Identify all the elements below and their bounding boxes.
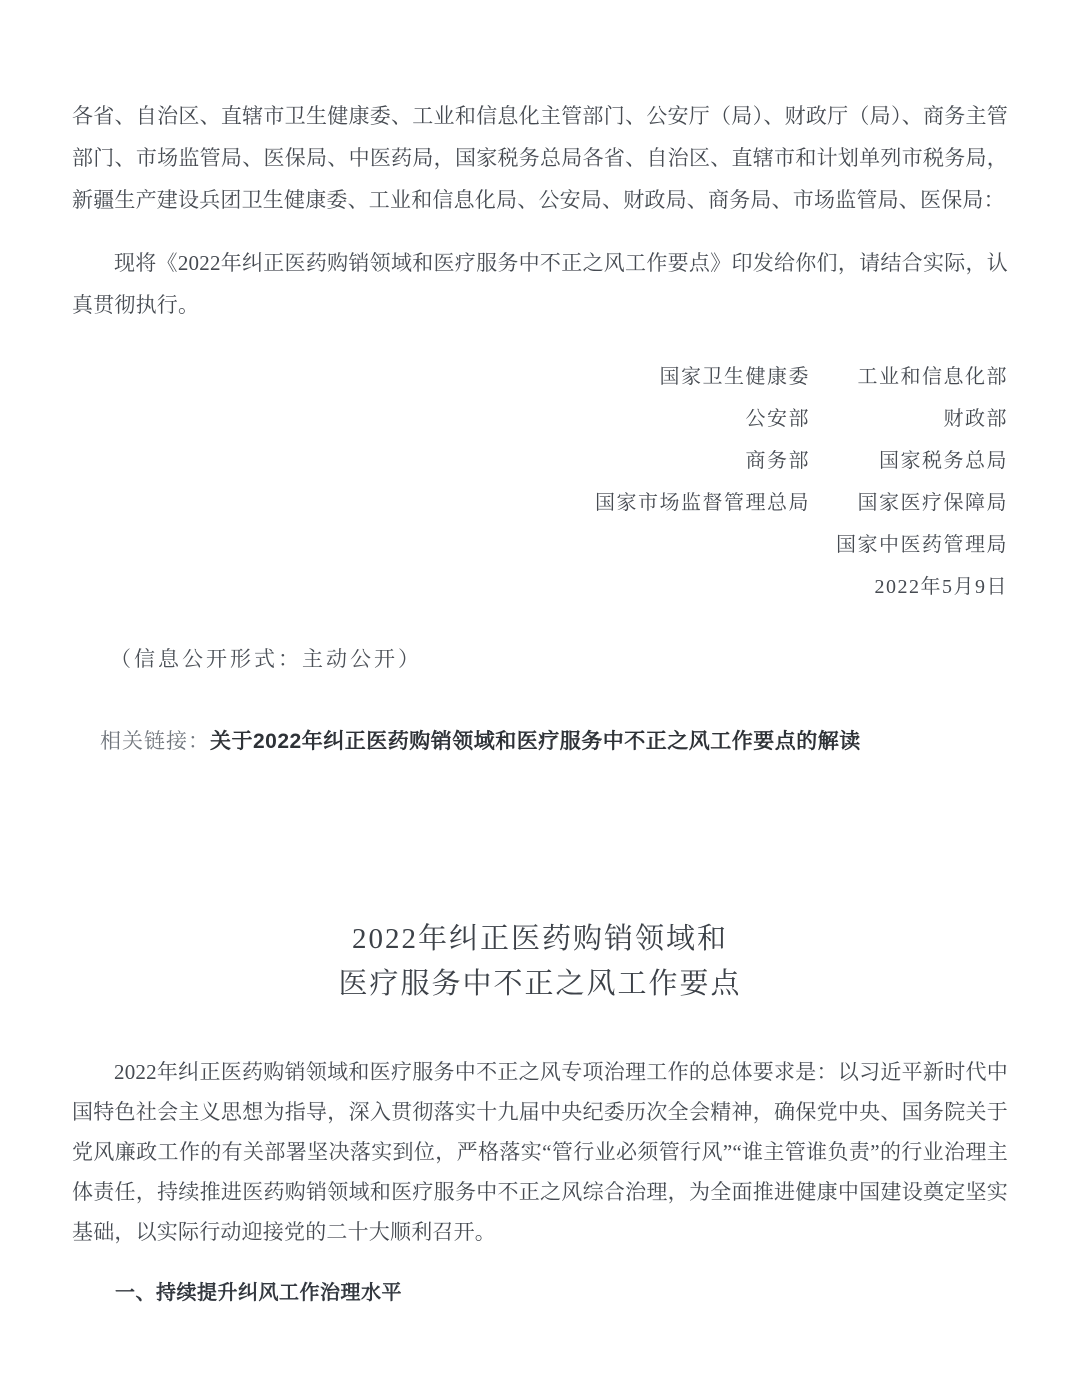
related-link-line: 相关链接：关于2022年纠正医药购销领域和医疗服务中不正之风工作要点的解读 bbox=[100, 720, 1008, 763]
signatory-left: 国家卫生健康委 bbox=[72, 356, 810, 398]
signatory-left bbox=[72, 566, 810, 608]
signature-row: 国家市场监督管理总局 国家医疗保障局 bbox=[72, 482, 1008, 524]
forwarding-paragraph: 现将《2022年纠正医药购销领域和医疗服务中不正之风工作要点》印发给你们，请结合… bbox=[72, 242, 1008, 326]
signatory-left: 国家市场监督管理总局 bbox=[72, 482, 810, 524]
document-title-line1: 2022年纠正医药购销领域和 bbox=[72, 917, 1008, 962]
document-page: 各省、自治区、直辖市卫生健康委、工业和信息化主管部门、公安厅（局）、财政厅（局）… bbox=[0, 95, 1080, 1313]
signatory-left: 公安部 bbox=[72, 398, 810, 440]
section-1-heading: 一、持续提升纠风工作治理水平 bbox=[72, 1273, 1008, 1313]
signature-row: 国家中医药管理局 bbox=[72, 524, 1008, 566]
related-link[interactable]: 关于2022年纠正医药购销领域和医疗服务中不正之风工作要点的解读 bbox=[210, 730, 861, 753]
signature-date: 2022年5月9日 bbox=[810, 566, 1008, 608]
document-title: 2022年纠正医药购销领域和 医疗服务中不正之风工作要点 bbox=[72, 917, 1008, 1007]
signatory-right: 国家医疗保障局 bbox=[810, 482, 1008, 524]
signature-row: 国家卫生健康委 工业和信息化部 bbox=[72, 356, 1008, 398]
signature-block: 国家卫生健康委 工业和信息化部 公安部 财政部 商务部 国家税务总局 国家市场监… bbox=[72, 356, 1008, 608]
signatory-right: 国家中医药管理局 bbox=[810, 524, 1008, 566]
signatory-right: 财政部 bbox=[810, 398, 1008, 440]
signatory-right: 国家税务总局 bbox=[810, 440, 1008, 482]
addressees-paragraph: 各省、自治区、直辖市卫生健康委、工业和信息化主管部门、公安厅（局）、财政厅（局）… bbox=[72, 95, 1008, 221]
signatory-left: 商务部 bbox=[72, 440, 810, 482]
signature-row: 2022年5月9日 bbox=[72, 566, 1008, 608]
disclosure-note: （信息公开形式：主动公开） bbox=[110, 638, 1008, 680]
signature-row: 公安部 财政部 bbox=[72, 398, 1008, 440]
related-link-label: 相关链接： bbox=[100, 729, 210, 753]
intro-paragraph: 2022年纠正医药购销领域和医疗服务中不正之风专项治理工作的总体要求是：以习近平… bbox=[72, 1052, 1008, 1252]
signatory-left bbox=[72, 524, 810, 566]
signature-row: 商务部 国家税务总局 bbox=[72, 440, 1008, 482]
document-title-line2: 医疗服务中不正之风工作要点 bbox=[72, 962, 1008, 1007]
signatory-right: 工业和信息化部 bbox=[810, 356, 1008, 398]
